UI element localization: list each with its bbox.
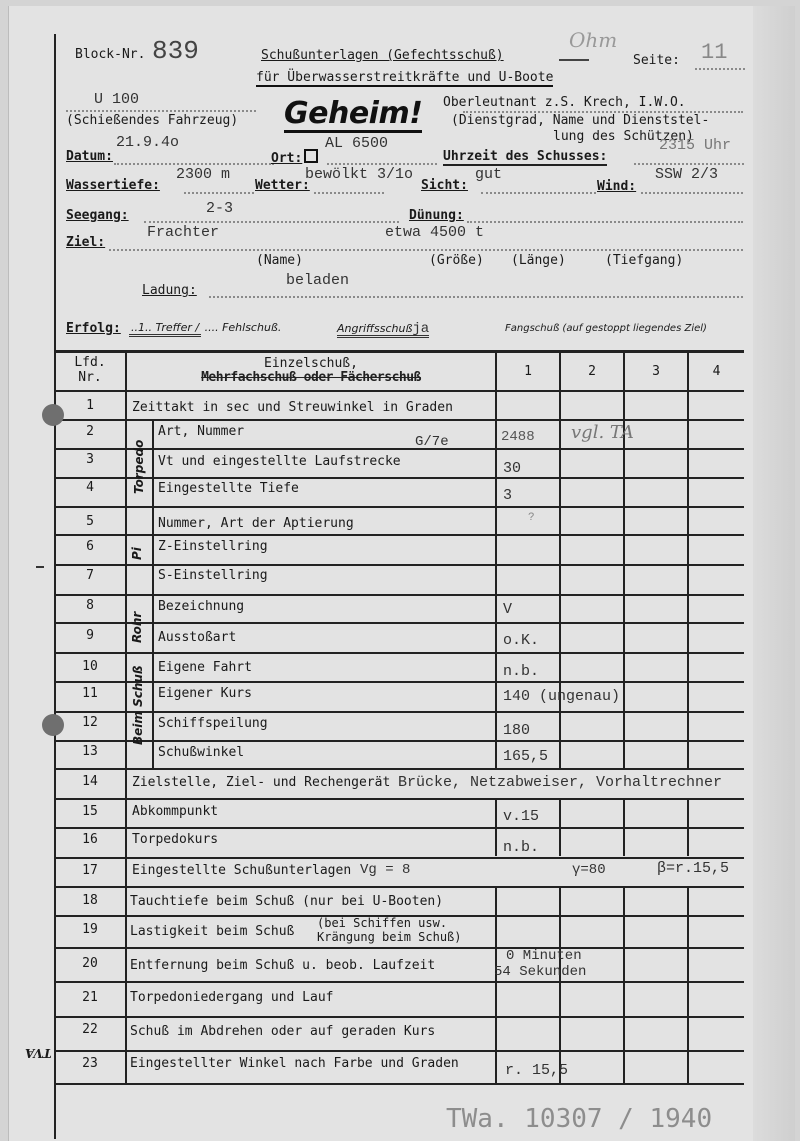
row-number: 22 xyxy=(58,1022,122,1037)
location-value: AL 6500 xyxy=(325,135,388,152)
group-label-torpedo: Torpedo xyxy=(132,434,148,494)
col-header-no-line2: Nr. xyxy=(58,370,122,385)
row-note: (bei Schiffen usw. xyxy=(317,916,447,930)
col-header-shot-1: 1 xyxy=(497,364,559,379)
date-label: Datum: xyxy=(66,149,113,164)
document-page: Block-Nr. 839 Schußunterlagen (Gefechtss… xyxy=(8,6,795,1141)
shooter-value: Oberleutnant z.S. Krech, I.W.O. xyxy=(443,95,686,110)
shot1-value-seconds: 54 Sekunden xyxy=(494,964,586,980)
weather-value: bewölkt 3/1o xyxy=(305,166,413,183)
time-label: Uhrzeit des Schusses: xyxy=(443,149,607,166)
shot1-value: 30 xyxy=(503,460,521,477)
shot1-value: 180 xyxy=(503,722,530,739)
row-number: 12 xyxy=(58,715,122,730)
row-number: 7 xyxy=(58,568,122,583)
form-title-line2: für Überwasserstreitkräfte und U-Boote xyxy=(256,70,553,87)
aiming-device-value: Brücke, Netzabweiser, Vorhaltrechner xyxy=(398,774,722,791)
vessel-label: (Schießendes Fahrzeug) xyxy=(66,113,238,128)
row-number: 19 xyxy=(58,922,122,937)
col-header-shot-3: 3 xyxy=(625,364,687,379)
row-number: 9 xyxy=(58,628,122,643)
sea-value: 2-3 xyxy=(206,200,233,217)
page-number: 11 xyxy=(701,40,727,65)
shooter-label-line1: (Dienstgrad, Name und Dienststel- xyxy=(451,113,709,128)
title-dash xyxy=(559,59,589,61)
target-name-value: Frachter xyxy=(147,224,219,241)
row-label: Schuß im Abdrehen oder auf geraden Kurs xyxy=(130,1024,435,1039)
shot1-value: v.15 xyxy=(503,808,539,825)
row-number: 20 xyxy=(58,956,122,971)
geheim-stamp: Geheim! xyxy=(284,98,422,133)
row-label: Schußwinkel xyxy=(158,745,244,760)
shot1-value: 140 (ungenau) xyxy=(503,688,620,705)
row-label: Ausstoßart xyxy=(158,630,236,645)
row-label: Bezeichnung xyxy=(158,599,244,614)
wind-label: Wind: xyxy=(597,179,636,194)
target-label: Ziel: xyxy=(66,235,105,250)
row-label: Schiffspeilung xyxy=(158,716,268,731)
target-size-value: etwa 4500 t xyxy=(385,224,484,241)
catch-label: Fangschuß (auf gestoppt liegendes Ziel) xyxy=(505,323,707,334)
shot2-handwritten-note: vgl. TA xyxy=(571,422,634,443)
side-mark: TVA xyxy=(25,1046,52,1060)
location-label: Ort: xyxy=(271,151,302,166)
wind-value: SSW 2/3 xyxy=(655,166,718,183)
torpedo-type-value: G/7e xyxy=(415,434,449,450)
cargo-label: Ladung: xyxy=(142,283,197,298)
hits-label: Treffer / xyxy=(156,321,200,334)
target-sub-draft: (Tiefgang) xyxy=(605,253,683,268)
row-label: Zielstelle, Ziel- und Rechengerät xyxy=(132,775,390,790)
row-number: 17 xyxy=(58,863,122,878)
block-label: Block-Nr. xyxy=(75,47,145,62)
col-header-desc-struck: Mehrfachschuß oder Fächerschuß xyxy=(127,370,495,385)
row-note: Krängung beim Schuß) xyxy=(317,930,462,944)
row-label: Tauchtiefe beim Schuß (nur bei U-Booten) xyxy=(130,894,443,909)
row-label: Entfernung beim Schuß u. beob. Laufzeit xyxy=(130,958,435,973)
vg-value: Vg = 8 xyxy=(360,862,410,878)
col-header-shot-4: 4 xyxy=(689,364,744,379)
row-label: S-Einstellring xyxy=(158,568,268,583)
row-number: 6 xyxy=(58,539,122,554)
visibility-label: Sicht: xyxy=(421,178,468,193)
row-label: Eingestellte Tiefe xyxy=(158,481,299,496)
block-number: 839 xyxy=(152,36,199,66)
result-label: Erfolg: xyxy=(66,321,121,336)
beta-value: β=r.15,5 xyxy=(657,860,729,877)
page-edge-shadow xyxy=(753,6,795,1141)
row-number: 21 xyxy=(58,990,122,1005)
punch-hole xyxy=(42,404,64,426)
row-number: 11 xyxy=(58,686,122,701)
form-title-line1: Schußunterlagen (Gefechtsschuß) xyxy=(261,48,504,63)
row-label: Eingestellter Winkel nach Farbe und Grad… xyxy=(130,1056,459,1071)
row-label: Eigener Kurs xyxy=(158,686,252,701)
shot1-value: 165,5 xyxy=(503,748,548,765)
shot1-value: V xyxy=(503,601,512,618)
shot1-value: n.b. xyxy=(503,663,539,680)
gamma-value: γ=80 xyxy=(572,862,606,878)
row-number: 10 xyxy=(58,659,122,674)
shot1-value: r. 15,5 xyxy=(505,1062,568,1079)
weather-label: Wetter: xyxy=(255,178,310,193)
row-label: Eingestellte Schußunterlagen xyxy=(132,863,351,878)
row-number: 2 xyxy=(58,424,122,439)
row-label: Z-Einstellring xyxy=(158,539,268,554)
sea-label: Seegang: xyxy=(66,208,129,223)
time-value: 2315 Uhr xyxy=(659,137,731,154)
attack-value: ja xyxy=(412,321,429,337)
archive-stamp: TWa. 10307 / 1940 xyxy=(446,1104,712,1134)
row-number: 3 xyxy=(58,452,122,467)
punch-hole xyxy=(42,714,64,736)
group-label-pi: Pi xyxy=(130,540,146,560)
row-number: 15 xyxy=(58,804,122,819)
row-label: Zeittakt in sec und Streuwinkel in Grade… xyxy=(132,400,453,415)
shot1-value: n.b. xyxy=(503,839,539,856)
row-label: Vt und eingestellte Laufstrecke xyxy=(158,454,401,469)
row-label: Torpedoniedergang und Lauf xyxy=(130,990,334,1005)
target-sub-length: (Länge) xyxy=(511,253,566,268)
row-number: 16 xyxy=(58,832,122,847)
attack-label: Angriffsschuß xyxy=(337,322,412,335)
grid-square-icon xyxy=(304,149,318,163)
row-number: 18 xyxy=(58,893,122,908)
target-sub-size: (Größe) xyxy=(429,253,484,268)
target-sub-name: (Name) xyxy=(256,253,303,268)
cargo-value: beladen xyxy=(286,272,349,289)
visibility-value: gut xyxy=(475,166,502,183)
depth-label: Wassertiefe: xyxy=(66,178,160,193)
shot-data-table: Lfd. Nr. Einzelschuß, Mehrfachschuß oder… xyxy=(54,350,744,1085)
miss-label: Fehlschuß. xyxy=(222,321,281,334)
row-number: 13 xyxy=(58,744,122,759)
hits-value: 1 xyxy=(138,321,145,334)
row-label: Torpedokurs xyxy=(132,832,218,847)
row-number: 23 xyxy=(58,1056,122,1071)
margin-tick xyxy=(36,566,44,568)
swell-label: Dünung: xyxy=(409,208,464,223)
row-label: Lastigkeit beim Schuß xyxy=(130,924,294,939)
row-number: 5 xyxy=(58,514,122,529)
row-label: Eigene Fahrt xyxy=(158,660,252,675)
shot1-value-minutes: 0 Minuten xyxy=(506,948,582,964)
group-label-beim-schuss: Beim Schuß xyxy=(131,665,147,745)
handwritten-initials: Ohm xyxy=(569,28,617,52)
row-label: Art, Nummer xyxy=(158,424,244,439)
col-header-desc-line1: Einzelschuß, xyxy=(127,356,495,371)
shot1-value: 3 xyxy=(503,487,512,504)
col-header-no-line1: Lfd. xyxy=(58,355,122,370)
page-label: Seite: xyxy=(633,53,680,68)
shot1-value: ? xyxy=(528,512,535,524)
row-label: Abkommpunkt xyxy=(132,804,218,819)
date-value: 21.9.4o xyxy=(116,134,179,151)
group-label-rohr: Rohr xyxy=(130,613,146,643)
depth-value: 2300 m xyxy=(176,166,230,183)
vessel-value: U 100 xyxy=(94,91,139,108)
col-header-shot-2: 2 xyxy=(561,364,623,379)
row-number: 1 xyxy=(58,398,122,413)
row-number: 14 xyxy=(58,774,122,789)
shot1-torpedo-number: 2488 xyxy=(501,429,535,445)
shot1-value: o.K. xyxy=(503,632,539,649)
row-label: Nummer, Art der Aptierung xyxy=(158,516,354,531)
row-number: 8 xyxy=(58,598,122,613)
row-number: 4 xyxy=(58,480,122,495)
